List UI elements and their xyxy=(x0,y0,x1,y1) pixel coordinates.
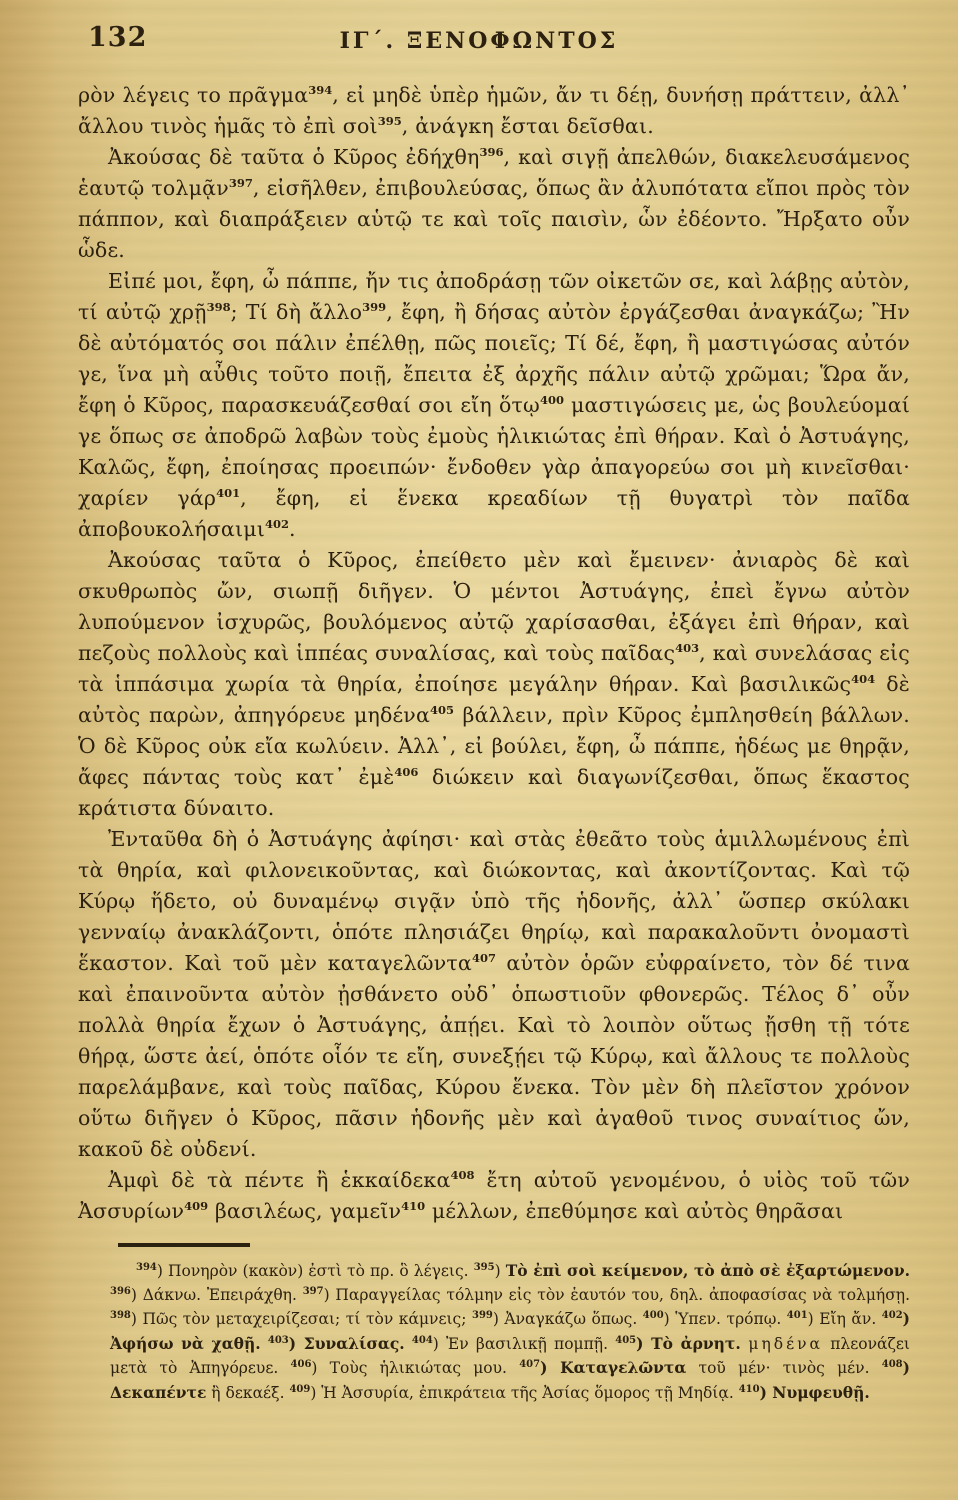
footnote-ref: 407 xyxy=(472,951,496,965)
text-run: ) Ἀναγκάζω ὅπως. xyxy=(493,1310,643,1328)
footnote-ref: 409 xyxy=(289,1383,310,1394)
footnote-ref: 395 xyxy=(378,114,402,128)
footnote-ref: 408 xyxy=(451,1168,475,1182)
footnote-ref: 410 xyxy=(739,1383,760,1394)
footnote-ref: 401 xyxy=(787,1310,808,1321)
gloss-text: ) Συναλίσας. xyxy=(289,1334,405,1353)
text-run xyxy=(405,1335,412,1353)
footnote-separator xyxy=(118,1243,250,1247)
text-run: Ἀμφὶ δὲ τὰ πέντε ἢ ἑκκαίδεκα xyxy=(108,1168,451,1192)
body-paragraph: Ἀκούσας ταῦτα ὁ Κῦρος, ἐπείθετο μὲν καὶ … xyxy=(78,545,910,824)
text-run xyxy=(261,1335,268,1353)
footnote-ref: 399 xyxy=(472,1310,493,1321)
footnotes-paragraph: 394) Πονηρὸν (κακὸν) ἐστὶ τὸ πρ. ὃ λέγει… xyxy=(110,1259,910,1405)
main-text: ρὸν λέγεις το πρᾶγμα394, εἰ μηδὲ ὑπὲρ ἡμ… xyxy=(78,80,910,1227)
footnote-ref: 400 xyxy=(643,1310,664,1321)
footnote-ref: 395 xyxy=(474,1262,495,1273)
footnote-ref: 399 xyxy=(362,300,386,314)
gloss-text: ) Καταγελῶντα xyxy=(540,1358,686,1377)
footnote-ref: 402 xyxy=(265,517,289,531)
gloss-text: ) Τὸ ἀρνητ. xyxy=(636,1334,748,1353)
text-run: μηδένα xyxy=(748,1335,823,1353)
text-run: τοῦ μέν· τινὸς μέν. xyxy=(686,1359,881,1377)
footnote-ref: 406 xyxy=(291,1359,312,1370)
text-run: ; Τί δὴ ἄλλο xyxy=(231,300,363,324)
page-header: 132 ΙΓ΄. ΞΕΝΟΦΩΝΤΟΣ xyxy=(0,0,958,72)
body-paragraph: Ἀκούσας δὲ ταῦτα ὁ Κῦρος ἐδήχθη396, καὶ … xyxy=(78,142,910,266)
footnote-ref: 397 xyxy=(303,1285,324,1296)
footnote-ref: 405 xyxy=(615,1334,636,1345)
book-page: 132 ΙΓ΄. ΞΕΝΟΦΩΝΤΟΣ ρὸν λέγεις το πρᾶγμα… xyxy=(0,0,958,1500)
text-run: ) Εἴη ἄν. xyxy=(808,1310,882,1328)
text-run: ρὸν λέγεις το πρᾶγμα xyxy=(78,83,308,107)
text-run: ἢ δεκαέξ. xyxy=(206,1384,289,1402)
text-run: ) Τοὺς ἡλικιώτας μου. xyxy=(311,1359,519,1377)
text-run: μέλλων, ἐπεθύμησε καὶ αὐτὸς θηρᾶσαι xyxy=(425,1199,843,1223)
footnote-ref: 408 xyxy=(882,1359,903,1370)
text-run: ) Πονηρὸν (κακὸν) ἐστὶ τὸ πρ. ὃ λέγεις. xyxy=(157,1262,474,1280)
text-run: βασιλέως, γαμεῖν xyxy=(208,1199,401,1223)
footnote-ref: 404 xyxy=(412,1334,433,1345)
body-paragraph: Ἐνταῦθα δὴ ὁ Ἀστυάγης ἀφίησι· καὶ στὰς ἐ… xyxy=(78,824,910,1165)
text-run: ) Πῶς τὸν μεταχειρίζεσαι; τί τὸν κάμνεις… xyxy=(131,1310,472,1328)
footnote-ref: 409 xyxy=(184,1199,208,1213)
text-run: ) Ὑπεν. τρόπῳ. xyxy=(664,1310,787,1328)
footnote-ref: 400 xyxy=(540,393,564,407)
footnote-ref: 403 xyxy=(268,1334,289,1345)
footnote-ref: 394 xyxy=(136,1262,157,1273)
body-paragraph: ρὸν λέγεις το πρᾶγμα394, εἰ μηδὲ ὑπὲρ ἡμ… xyxy=(78,80,910,142)
footnote-ref: 394 xyxy=(308,83,332,97)
footnote-ref: 396 xyxy=(479,145,503,159)
footnote-ref: 402 xyxy=(882,1310,903,1321)
footnotes-block: 394) Πονηρὸν (κακὸν) ἐστὶ τὸ πρ. ὃ λέγει… xyxy=(110,1259,910,1405)
text-run: ) Δάκνω. Ἐπειράχθη. xyxy=(131,1286,303,1304)
running-title: ΙΓ΄. ΞΕΝΟΦΩΝΤΟΣ xyxy=(0,28,958,54)
footnote-ref: 397 xyxy=(229,176,253,190)
text-run: αὐτὸν ὁρῶν εὐφραίνετο, τὸν δέ τινα καὶ ἐ… xyxy=(78,951,910,1161)
footnote-ref: 401 xyxy=(216,486,240,500)
footnote-ref: 403 xyxy=(675,641,699,655)
footnote-ref: 407 xyxy=(519,1359,540,1370)
footnote-ref: 406 xyxy=(394,765,418,779)
gloss-text: Τὸ ἐπὶ σοὶ κείμενον, τὸ ἀπὸ σὲ ἐξαρτώμεν… xyxy=(506,1261,910,1280)
footnote-ref: 410 xyxy=(401,1199,425,1213)
text-run: ) xyxy=(495,1262,506,1280)
footnote-ref: 396 xyxy=(110,1285,131,1296)
footnote-ref: 398 xyxy=(110,1310,131,1321)
text-run: , ἀνάγκη ἔσται δεῖσθαι. xyxy=(402,114,654,138)
gloss-text: ) Νυμφευθῇ. xyxy=(760,1383,870,1402)
text-run: . xyxy=(289,517,296,541)
text-run: ) Ἡ Ἀσσυρία, ἐπικράτεια τῆς Ἀσίας ὅμορος… xyxy=(310,1384,738,1402)
text-run: ) Ἐν βασιλικῇ πομπῇ. xyxy=(433,1335,615,1353)
text-run: Ἀκούσας δὲ ταῦτα ὁ Κῦρος ἐδήχθη xyxy=(108,145,479,169)
footnote-ref: 404 xyxy=(851,672,875,686)
text-run: ) Παραγγείλας τόλμην εἰς τὸν ἑαυτόν του,… xyxy=(324,1286,910,1304)
body-paragraph: Ἀμφὶ δὲ τὰ πέντε ἢ ἑκκαίδεκα408 ἔτη αὐτο… xyxy=(78,1165,910,1227)
body-paragraph: Εἰπέ μοι, ἔφη, ὦ πάππε, ἤν τις ἀποδράσῃ … xyxy=(78,266,910,545)
footnote-ref: 398 xyxy=(207,300,231,314)
footnote-ref: 405 xyxy=(430,703,454,717)
